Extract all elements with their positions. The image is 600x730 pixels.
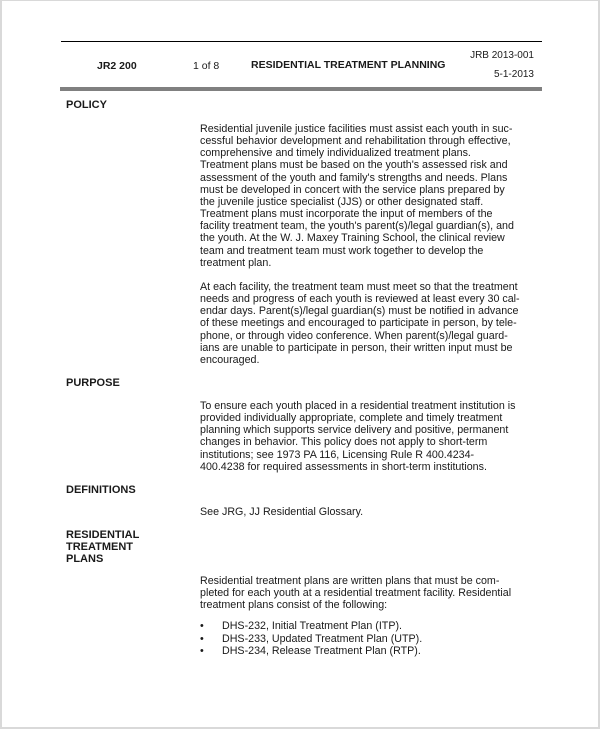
list-item: • DHS-232, Initial Treatment Plan (ITP). [200, 620, 422, 633]
list-item-text: DHS-233, Updated Treatment Plan (UTP). [222, 633, 422, 646]
purpose-paragraph: To ensure each youth placed in a residen… [200, 400, 545, 473]
doc-title: RESIDENTIAL TREATMENT PLANNING [251, 59, 445, 71]
list-item-text: DHS-232, Initial Treatment Plan (ITP). [222, 620, 402, 633]
heading-residential-treatment-plans: RESIDENTIAL TREATMENT PLANS [66, 529, 139, 565]
doc-id: JR2 200 [97, 60, 137, 72]
heading-definitions: DEFINITIONS [66, 484, 136, 496]
policy-paragraph-1: Residential juvenile justice facilities … [200, 123, 545, 269]
bulletin-number: JRB 2013-001 [470, 50, 534, 61]
page-number: 1 of 8 [193, 60, 219, 72]
heading-purpose: PURPOSE [66, 377, 120, 389]
header-top-rule [61, 41, 542, 42]
bullet-icon: • [200, 633, 222, 646]
plans-paragraph: Residential treatment plans are written … [200, 575, 545, 611]
list-item-text: DHS-234, Release Treatment Plan (RTP). [222, 645, 421, 658]
plans-list: • DHS-232, Initial Treatment Plan (ITP).… [200, 620, 422, 658]
list-item: • DHS-234, Release Treatment Plan (RTP). [200, 645, 422, 658]
effective-date: 5-1-2013 [494, 69, 534, 80]
bullet-icon: • [200, 645, 222, 658]
header-bottom-rule [60, 87, 542, 91]
heading-policy: POLICY [66, 99, 107, 111]
policy-paragraph-2: At each facility, the treatment team mus… [200, 281, 545, 366]
definitions-paragraph: See JRG, JJ Residential Glossary. [200, 506, 545, 518]
bullet-icon: • [200, 620, 222, 633]
list-item: • DHS-233, Updated Treatment Plan (UTP). [200, 633, 422, 646]
